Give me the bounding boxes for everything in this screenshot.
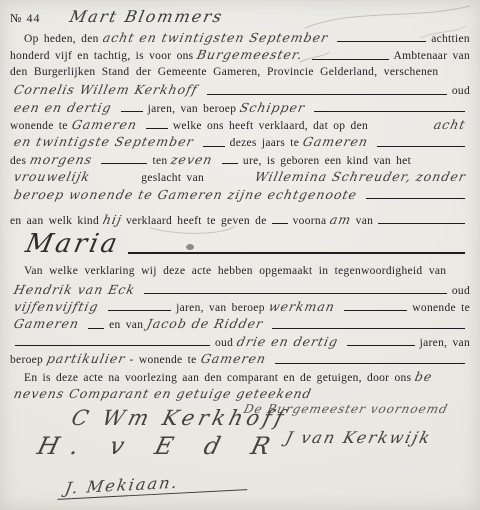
act-line-6: wonende te Gameren welke ons heeft verkl…	[10, 116, 470, 133]
signature-witness2: J. Mekiaan.	[57, 470, 251, 501]
blank-rule	[377, 146, 465, 147]
act-line-8: des morgens ten zeven ure, is geboren ee…	[10, 151, 470, 168]
handwritten-hour: zeven	[166, 151, 219, 168]
handwritten-suffix: am	[324, 211, 357, 228]
blank-rule	[378, 223, 465, 224]
handwritten-witness1-occupation: werkman	[263, 298, 341, 315]
handwritten-daypart: morgens	[24, 151, 98, 168]
printed-text: oud	[215, 335, 233, 350]
act-line-11: en aan welk kind hij verklaard heeft te …	[10, 211, 470, 228]
handwritten-closing: nevens Comparant en getuige geteekend	[10, 385, 318, 402]
printed-text: jaren, van beroep	[176, 300, 265, 315]
blank-rule	[15, 345, 210, 346]
signature-burgemeester: J van Kerkwijk	[284, 428, 434, 447]
blank-rule	[272, 328, 465, 329]
printed-text: ure, is geboren een kind van het	[243, 153, 411, 168]
printed-text: welke ons heeft verklaard, dat op den	[173, 118, 368, 133]
printed-text: Ambtenaar van	[394, 48, 470, 63]
blank-rule	[272, 223, 288, 224]
printed-text: beroep	[10, 352, 43, 367]
handwritten-mother-details: beroep wonende te Gameren zijne echtgeno…	[10, 186, 363, 203]
handwritten-date-part: en twintigste September	[10, 133, 199, 150]
blank-rule	[344, 310, 408, 311]
act-number: № 44	[10, 6, 40, 31]
handwritten-declarant-name: Cornelis Willem Kerkhoff	[10, 81, 203, 98]
handwritten-place: Gameren	[297, 133, 374, 150]
act-line-10: beroep wonende te Gameren zijne echtgeno…	[10, 186, 470, 203]
printed-text: oud	[452, 283, 470, 298]
handwritten-place: Gameren	[66, 116, 143, 133]
blank-rule	[275, 363, 465, 364]
blank-rule	[146, 128, 168, 129]
blank-rule	[128, 252, 465, 254]
act-line-15: vijfenvijftig jaren, van beroep werkman …	[10, 298, 470, 315]
handwritten-witness2-name: Jacob de Ridder	[141, 315, 269, 332]
signature-burgemeester-title: De Burgemeester voornoemd	[242, 402, 449, 416]
act-line-5: een en dertig jaren, van beroep Schipper	[10, 99, 470, 116]
printed-text: En is deze acte na voorlezing aan den co…	[24, 370, 411, 385]
printed-text: jaren, van beroep	[148, 101, 237, 116]
printed-text: geslacht van	[141, 170, 204, 185]
printed-text: wonende te	[412, 300, 470, 315]
act-line-16: Gameren en van Jacob de Ridder	[10, 315, 470, 332]
act-line-9: vrouwelijk geslacht van Willemina Schreu…	[10, 168, 470, 185]
signature-block: C Wm Kerkhoff De Burgemeester voornoemd …	[10, 402, 470, 508]
blank-rule	[347, 345, 414, 346]
blank-rule	[88, 328, 104, 329]
blank-rule	[101, 163, 147, 164]
printed-text: achttien	[431, 31, 470, 46]
printed-text: verklaard heeft te geven de	[126, 213, 267, 228]
blank-rule	[121, 111, 143, 112]
act-line-3: den Burgerlijken Stand der Gemeente Game…	[10, 64, 470, 81]
printed-text: dezes jaars te	[230, 135, 300, 150]
handwritten-age: een en dertig	[10, 99, 117, 116]
act-line-20: nevens Comparant en getuige geteekend	[10, 385, 470, 402]
act-line-14: Hendrik van Eck oud	[10, 281, 470, 298]
handwritten-date-part: acht	[429, 116, 470, 133]
printed-text: jaren, van	[420, 335, 470, 350]
blank-rule	[312, 59, 388, 60]
handwritten-witness1-name: Hendrik van Eck	[10, 281, 141, 298]
blank-rule	[108, 310, 172, 311]
act-line-12: Maria	[10, 228, 470, 261]
child-name: Maria	[10, 228, 127, 261]
handwritten-continuation: be	[410, 368, 439, 385]
act-line-1: Op heden, den acht en twintigsten Septem…	[10, 29, 470, 46]
act-line-19: En is deze acte na voorlezing aan den co…	[10, 368, 470, 385]
blank-rule	[366, 198, 465, 199]
handwritten-occupation: Schipper	[234, 99, 311, 116]
act-line-13: Van welke verklaring wij deze acte hebbe…	[10, 263, 470, 280]
act-line-17: oud drie en dertig jaren, van	[10, 333, 470, 350]
printed-text: en van	[109, 317, 143, 332]
printed-text: oud	[452, 83, 470, 98]
blank-rule	[222, 163, 238, 164]
handwritten-gender: vrouwelijk	[10, 168, 96, 185]
blank-rule	[207, 94, 447, 95]
margin-row: № 44 Mart Blommers	[10, 4, 470, 29]
handwritten-mother-name: Willemina Schreuder, zonder	[249, 168, 470, 185]
act-line-4: Cornelis Willem Kerkhoff oud	[10, 81, 470, 98]
blank-rule	[203, 146, 225, 147]
signature-witness-initials: H. v E d R	[35, 432, 286, 460]
printed-text: honderd vijf en tachtig, is voor ons	[10, 48, 193, 63]
handwritten-pronoun: hij	[97, 211, 128, 228]
printed-text: van	[356, 213, 374, 228]
printed-text: den Burgerlijken Stand der Gemeente Game…	[10, 64, 439, 81]
handwritten-official: Burgemeester.	[192, 46, 309, 63]
blank-rule	[144, 293, 447, 294]
printed-text: Van welke verklaring wij deze acte hebbe…	[24, 263, 446, 280]
margin-name: Mart Blommers	[64, 4, 231, 29]
blank-rule	[337, 41, 426, 42]
printed-text: Op heden, den	[24, 31, 99, 46]
blank-rule	[314, 111, 465, 112]
handwritten-witness1-age: vijfenvijftig	[10, 298, 104, 315]
handwritten-place: Gameren	[10, 315, 85, 332]
printed-text: en aan welk kind	[10, 213, 99, 228]
act-line-18: beroep partikulier - wonende te Gameren	[10, 350, 470, 367]
printed-text: wonende te	[10, 118, 68, 133]
handwritten-witness2-occupation: partikulier	[41, 350, 131, 367]
handwritten-date: acht en twintigsten September	[97, 29, 334, 46]
printed-text: - wonende te	[130, 352, 197, 367]
printed-text: voorna	[293, 213, 327, 228]
act-line-7: en twintigste September dezes jaars te G…	[10, 133, 470, 150]
act-line-2: honderd vijf en tachtig, is voor ons Bur…	[10, 46, 470, 63]
birth-certificate-scan: № 44 Mart Blommers Op heden, den acht en…	[0, 0, 480, 510]
handwritten-witness2-age: drie en dertig	[231, 333, 344, 350]
handwritten-place: Gameren	[195, 350, 272, 367]
